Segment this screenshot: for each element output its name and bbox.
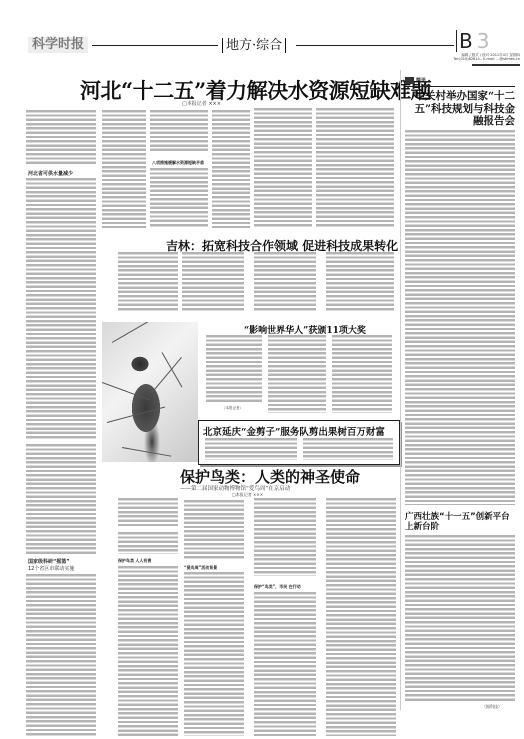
birds-text-col1a — [118, 498, 178, 528]
birds-text-col1c — [118, 566, 178, 736]
meta-underline — [472, 64, 520, 66]
water-text-col3a — [150, 110, 208, 152]
sidebar-headline-2: 广西壮族“十一五”创新平台上新台阶 — [405, 512, 515, 532]
birds-text-col2a — [184, 500, 244, 560]
jilin-text-col4 — [326, 252, 394, 312]
masthead-rule-left — [92, 45, 218, 46]
jilin-text-col1 — [118, 252, 178, 312]
page-letter: B — [459, 29, 473, 53]
contact-line: Tel:(010)82614.. E-mail: ...@stimes.cn — [400, 57, 520, 61]
birds-text-col3a — [254, 498, 316, 576]
water-text-col1a — [26, 110, 96, 165]
page-digit: 3 — [477, 29, 490, 53]
birds-text-col2b — [184, 572, 244, 736]
section-label: 地方·综合 — [222, 38, 286, 53]
sidebar-text-2 — [405, 535, 515, 702]
awards-text-col3 — [332, 335, 392, 413]
water-text-col5 — [254, 108, 312, 228]
awards-credit: （本报记者） — [222, 406, 243, 411]
headline-water: 河北“十二五”着力解决水资源短缺难题 — [80, 75, 431, 105]
left-subhead-2: 12个省区市联动实施 — [28, 565, 74, 572]
left-text-lower — [26, 574, 96, 736]
tag-icon — [405, 77, 414, 84]
awards-text-col2 — [268, 335, 326, 413]
beijing-text-col1 — [205, 438, 297, 460]
sidebar-end-credit: （据科技） — [482, 704, 502, 710]
water-text-col6 — [316, 108, 394, 228]
man-pruning-fruit-tree-photo — [102, 322, 198, 462]
birds-subhead-protect: 保护鸟类 人人有责 — [118, 558, 151, 564]
birds-subhead-action: 保护“鸟类”，市民 在行动 — [254, 584, 301, 590]
boxed-story-beijing: 北京延庆“金剪子”服务队剪出果树百万财富 — [198, 420, 400, 465]
sidebar-text-1 — [405, 130, 515, 505]
birds-text-col3b — [254, 592, 316, 736]
water-text-col3b — [150, 168, 208, 228]
sidebar-rule — [405, 86, 515, 87]
newspaper-logo: 科学时报 — [28, 37, 88, 53]
water-text-col2 — [102, 110, 146, 228]
byline-water: □本报记者 ××× — [182, 100, 221, 107]
subtitle-birds: ——第二届国家动物博物馆“爱鸟周”在京启动 — [180, 484, 290, 492]
editor-meta: 编辑 / 版式 / 校对 2011年4月 星期四 Tel:(010)82614.… — [400, 53, 520, 61]
sidebar-tag-label: 简讯 — [416, 78, 426, 84]
masthead-rule-right — [296, 45, 454, 46]
birds-text-col4 — [326, 498, 396, 736]
sidebar-headline-1: 中关村举办国家“十二五”科技规划与科技金融报告会 — [405, 90, 515, 128]
water-text-col4 — [212, 110, 250, 228]
water-subhead-2: 八项措施缓解水资源短缺矛盾 — [152, 160, 204, 166]
jilin-text-col3 — [254, 252, 316, 312]
birds-subhead-background: “爱鸟周”活动背景 — [184, 565, 217, 571]
sidebar-tag: 简讯 — [405, 77, 426, 84]
jilin-text-col2 — [182, 252, 244, 312]
birds-text-col1b — [118, 532, 178, 554]
beijing-text-col2 — [303, 438, 393, 460]
water-text-col1b — [26, 178, 96, 440]
headline-beijing: 北京延庆“金剪子”服务队剪出果树百万财富 — [203, 424, 385, 438]
column-divider — [400, 70, 401, 710]
water-subhead-1: 河北省可供水量减少 — [28, 170, 73, 177]
awards-text-col1 — [206, 335, 262, 403]
left-text-upper — [26, 444, 96, 554]
left-subhead-1: 国家级科研“摇篮” — [28, 558, 70, 565]
page-number: B3 — [456, 30, 489, 52]
